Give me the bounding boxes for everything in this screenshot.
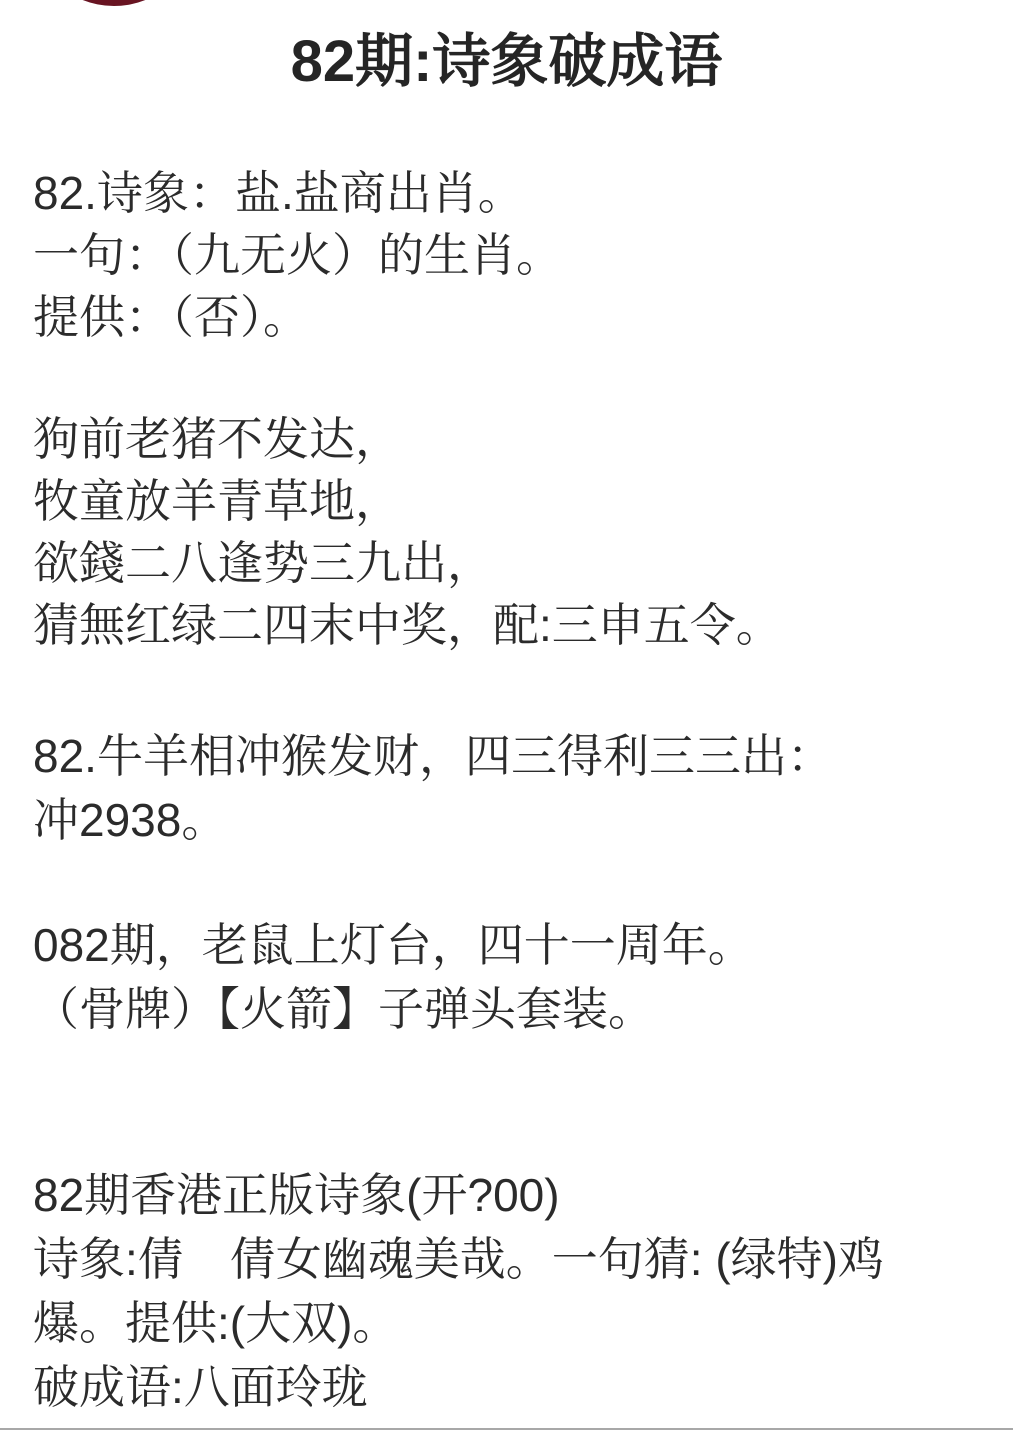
text-line: 82期香港正版诗象(开?00) <box>33 1163 1013 1227</box>
bottom-divider <box>0 1428 1013 1430</box>
red-badge-icon <box>29 0 199 6</box>
article-page: 82期:诗象破成语 82.诗象：盐.盐商出肖。 一句：（九无火）的生肖。 提供：… <box>0 0 1013 1434</box>
text-line: 提供：（否）。 <box>33 286 1013 348</box>
page-title: 82期:诗象破成语 <box>0 30 1013 94</box>
text-line: 破成语:八面玲珑 <box>33 1355 1013 1419</box>
section-poem: 狗前老猪不发达， 牧童放羊青草地， 欲錢二八逢势三九出， 猜無红绿二四末中奖，配… <box>33 408 1013 656</box>
text-line: 狗前老猪不发达， <box>33 408 1013 470</box>
text-line: 冲2938。 <box>33 788 1013 852</box>
section-hongkong: 82期香港正版诗象(开?00) 诗象:倩 倩女幽魂美哉。一句猜: (绿特)鸡 爆… <box>33 1163 1013 1419</box>
text-line: （骨牌）【火箭】子弹头套装。 <box>33 977 1013 1041</box>
section-intro: 82.诗象：盐.盐商出肖。 一句：（九无火）的生肖。 提供：（否）。 <box>33 162 1013 348</box>
section-gupai: 082期，老鼠上灯台，四十一周年。 （骨牌）【火箭】子弹头套装。 <box>33 913 1013 1041</box>
text-line: 82.诗象：盐.盐商出肖。 <box>33 162 1013 224</box>
section-chong: 82.牛羊相冲猴发财，四三得利三三出： 冲2938。 <box>33 724 1013 852</box>
text-line: 一句：（九无火）的生肖。 <box>33 224 1013 286</box>
text-line: 爆。提供:(大双)。 <box>33 1291 1013 1355</box>
text-line: 82.牛羊相冲猴发财，四三得利三三出： <box>33 724 1013 788</box>
text-line: 猜無红绿二四末中奖，配:三申五令。 <box>33 594 1013 656</box>
text-line: 牧童放羊青草地， <box>33 470 1013 532</box>
text-line: 诗象:倩 倩女幽魂美哉。一句猜: (绿特)鸡 <box>33 1227 1013 1291</box>
text-line: 欲錢二八逢势三九出， <box>33 532 1013 594</box>
text-line: 082期，老鼠上灯台，四十一周年。 <box>33 913 1013 977</box>
